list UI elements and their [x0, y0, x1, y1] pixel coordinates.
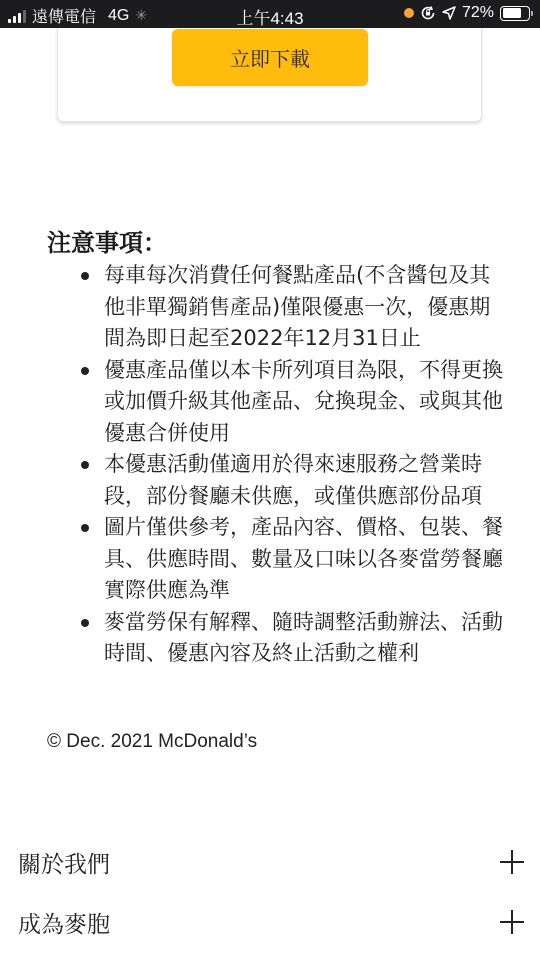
footer-item-label: 成為麥胞 [18, 906, 110, 939]
location-arrow-icon [442, 6, 456, 20]
notes-item-text: 本優惠活動僅適用於得來速服務之營業時段，部份餐廳未供應，或僅供應部份品項 [104, 452, 482, 508]
notes-item-text: 優惠產品僅以本卡所列項目為限，不得更換或加價升級其他產品、兌換現金、或與其他優惠… [104, 358, 503, 445]
notes-list-item: 每車每次消費任何餐點產品(不含醬包及其他非單獨銷售產品)僅限優惠一次，優惠期間為… [47, 260, 507, 355]
battery-icon [500, 6, 530, 21]
notes-list: 每車每次消費任何餐點產品(不含醬包及其他非單獨銷售產品)僅限優惠一次，優惠期間為… [47, 260, 507, 670]
notes-list-item: 優惠產品僅以本卡所列項目為限，不得更換或加價升級其他產品、兌換現金、或與其他優惠… [47, 355, 507, 450]
notes-list-item: 本優惠活動僅適用於得來速服務之營業時段，部份餐廳未供應，或僅供應部份品項 [47, 449, 507, 512]
bullet-icon [81, 272, 89, 280]
status-bar-right: 72% [404, 4, 530, 22]
footer-accordion-become-member[interactable]: 成為麥胞 [0, 894, 540, 950]
bullet-icon [81, 461, 89, 469]
bullet-icon [81, 367, 89, 375]
plus-icon[interactable] [500, 850, 524, 874]
plus-icon[interactable] [500, 910, 524, 934]
footer-item-label: 關於我們 [18, 846, 110, 879]
notes-item-text: 每車每次消費任何餐點產品(不含醬包及其他非單獨銷售產品)僅限優惠一次，優惠期間為… [104, 263, 490, 350]
notes-item-text: 麥當勞保有解釋、隨時調整活動辦法、活動時間、優惠內容及終止活動之權利 [104, 610, 503, 666]
bullet-icon [81, 524, 89, 532]
battery-percent: 72% [462, 4, 494, 22]
status-bar: 遠傳電信 4G ✳ 上午4:43 72% [0, 0, 540, 28]
footer-accordion-about-us[interactable]: 關於我們 [0, 834, 540, 890]
orientation-lock-icon [420, 5, 436, 21]
notes-list-item: 麥當勞保有解釋、隨時調整活動辦法、活動時間、優惠內容及終止活動之權利 [47, 607, 507, 670]
recording-dot-icon [404, 8, 414, 18]
bullet-icon [81, 619, 89, 627]
notes-section: 注意事項： 每車每次消費任何餐點產品(不含醬包及其他非單獨銷售產品)僅限優惠一次… [47, 226, 507, 670]
download-now-button[interactable]: 立即下載 [172, 29, 368, 86]
notes-title: 注意事項： [47, 226, 507, 260]
notes-list-item: 圖片僅供參考，產品內容、價格、包裝、餐具、供應時間、數量及口味以各麥當勞餐廳實際… [47, 512, 507, 607]
copyright-text: © Dec. 2021 McDonald’s [47, 731, 257, 753]
notes-item-text: 圖片僅供參考，產品內容、價格、包裝、餐具、供應時間、數量及口味以各麥當勞餐廳實際… [104, 515, 503, 602]
